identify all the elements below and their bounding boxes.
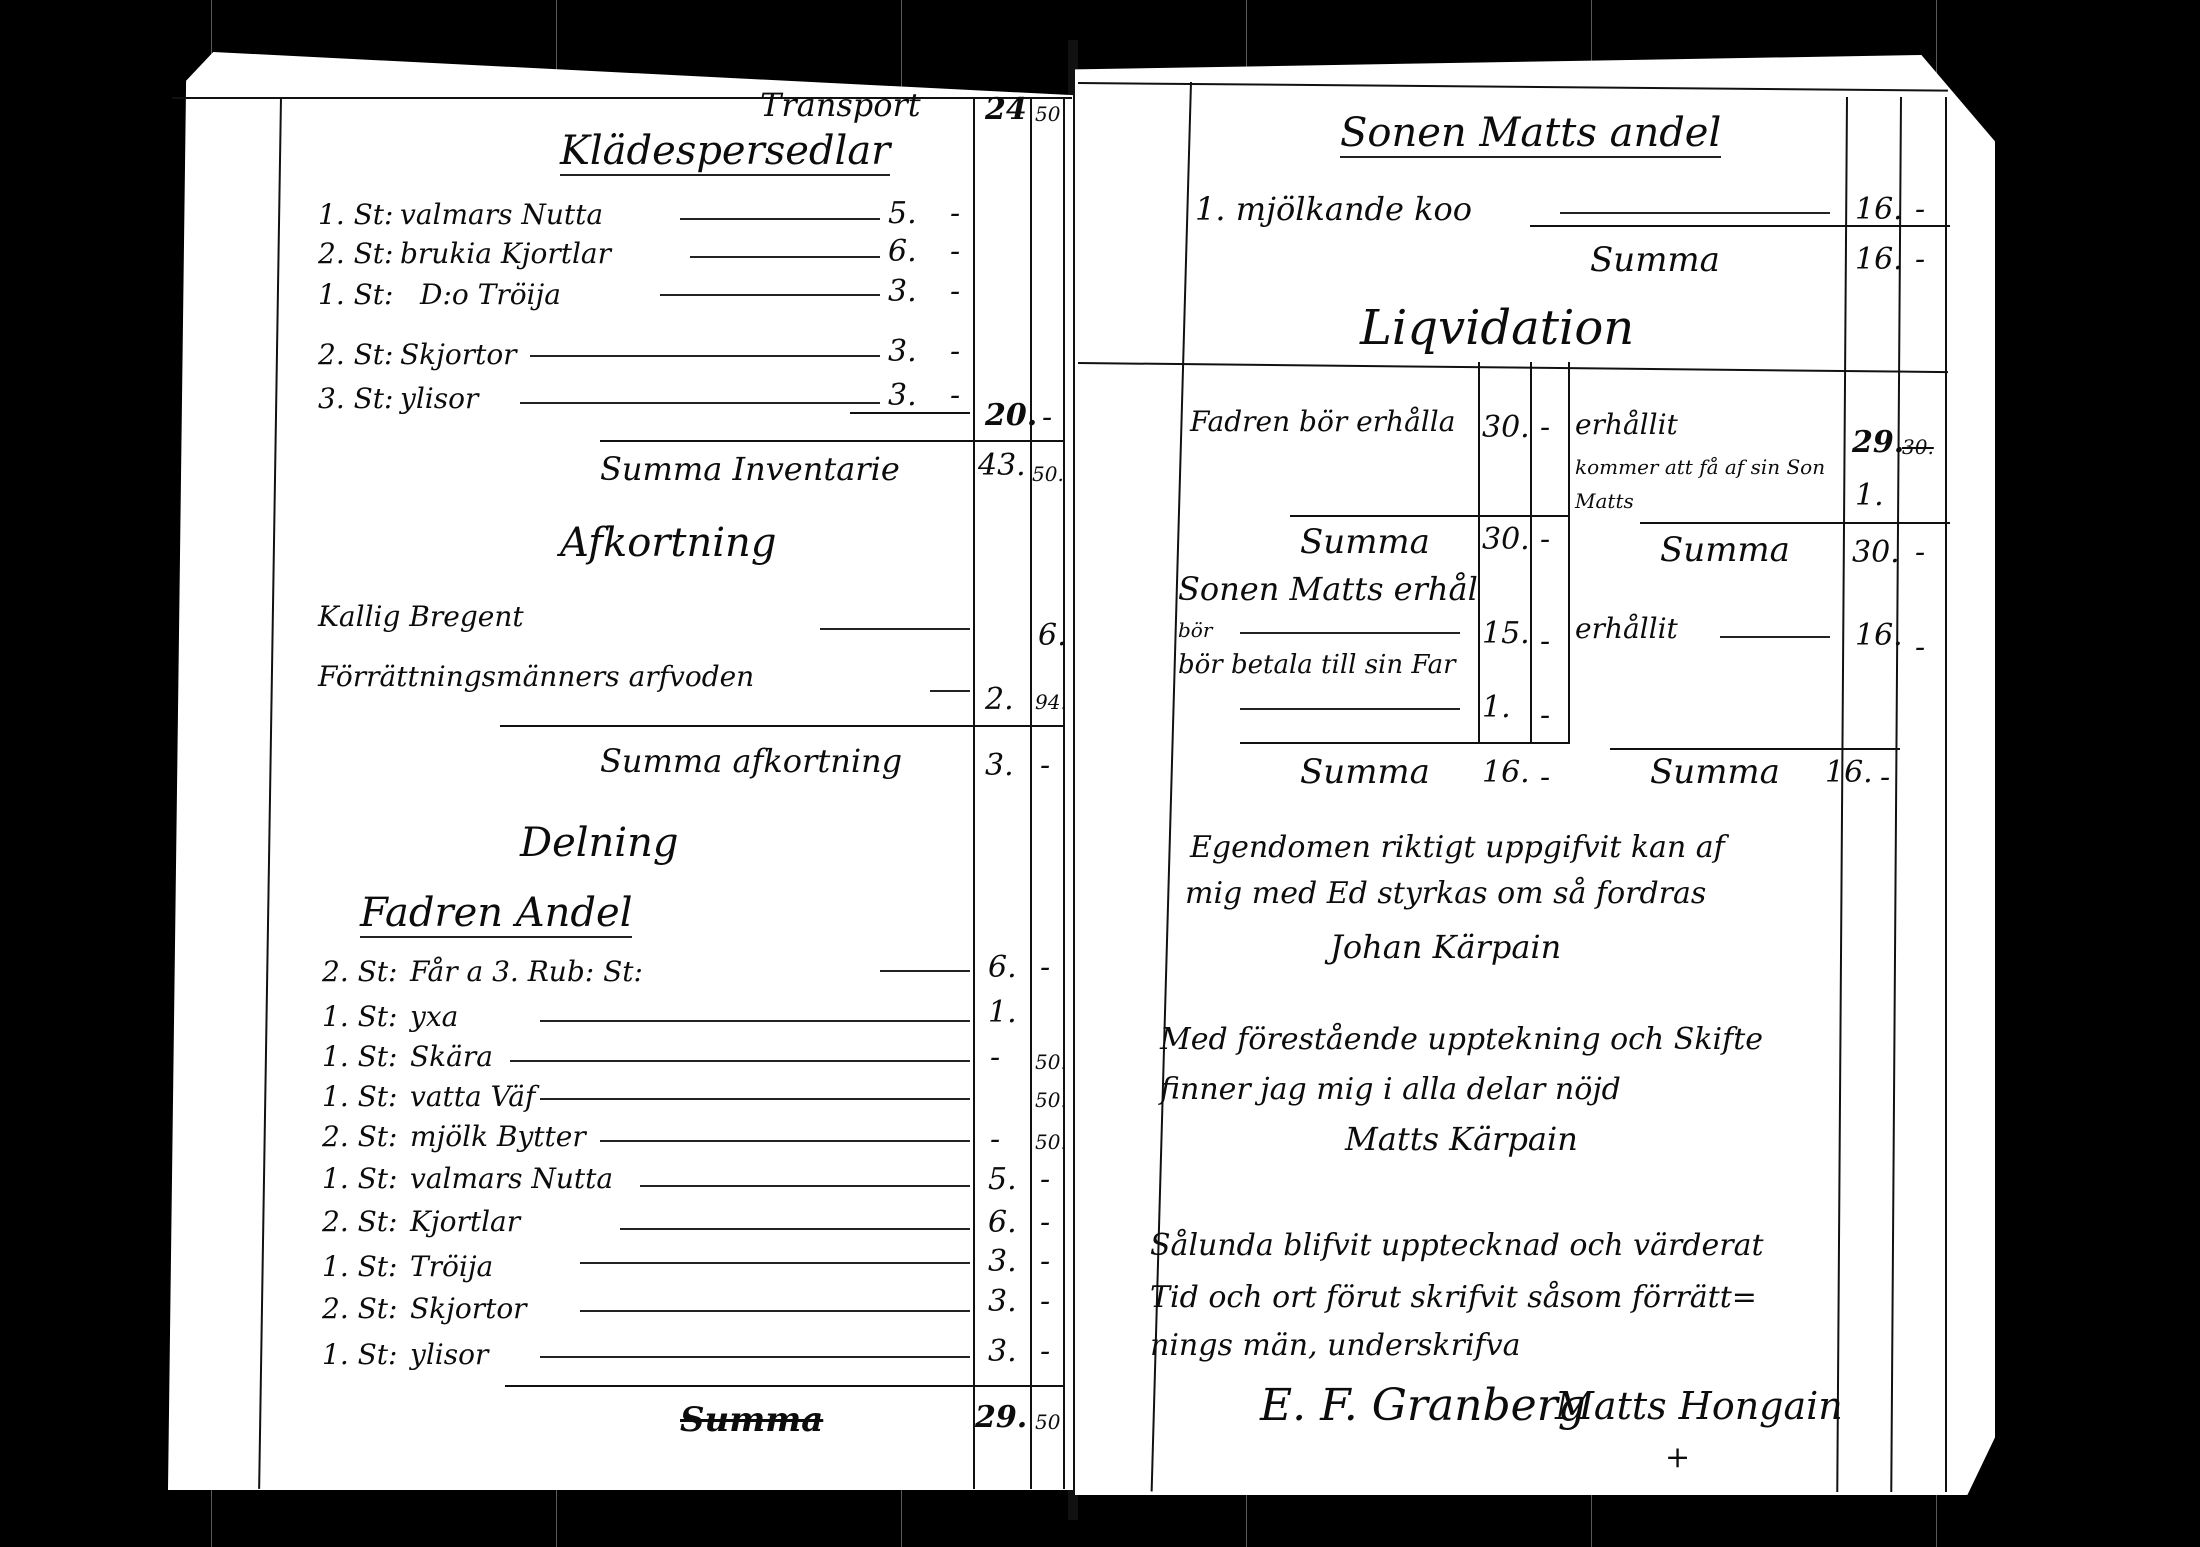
leader-line — [930, 690, 970, 692]
item-amount: - — [990, 1040, 1000, 1075]
son-should-label: bör — [1178, 618, 1212, 642]
item-fraction: 50. — [1035, 1050, 1067, 1074]
item-qty: 2. St: — [322, 1205, 397, 1238]
leader-line — [540, 1020, 970, 1022]
summa-afkortning-amount: 3. — [985, 748, 1014, 783]
signature-hongain: Matts Hongain — [1555, 1384, 1843, 1428]
leader-line — [1240, 632, 1460, 634]
son-left-total-label: Summa — [1300, 752, 1430, 792]
item-name: Tröija — [410, 1250, 493, 1283]
item-name: valmars Nutta — [410, 1162, 613, 1195]
father-will-get-from-son-amount: 1. — [1855, 478, 1884, 513]
leader-line — [600, 1140, 970, 1142]
item-amount: 1. — [988, 995, 1017, 1030]
son-right-total-fraction: - — [1880, 760, 1890, 795]
delning-total-label: Summa — [680, 1400, 823, 1440]
leader-line — [520, 402, 880, 404]
son-total-fraction: - — [1915, 242, 1925, 277]
liq-left-fraction-rule — [1530, 362, 1532, 742]
leader-line — [540, 1098, 970, 1100]
afkortning-total-rule — [500, 725, 1065, 727]
declaration-line: Med förestående upptekning och Skifte — [1160, 1022, 1763, 1057]
father-right-total-fraction: - — [1915, 535, 1925, 570]
item-qty: 1. St: — [318, 278, 393, 311]
item-qty: 1. St: — [322, 1000, 397, 1033]
liq-left-amount-rule — [1478, 362, 1480, 742]
section-title-kladespersedlar: Klädespersedlar — [560, 128, 890, 176]
leader-line — [660, 294, 880, 296]
item-fraction: - — [1040, 950, 1050, 985]
father-should-receive-fraction: - — [1540, 410, 1550, 445]
item-name: brukia Kjortlar — [400, 237, 611, 270]
father-left-total-amount: 30. — [1482, 522, 1530, 557]
father-received-label: erhållit — [1575, 408, 1678, 441]
item-name: yxa — [410, 1000, 458, 1033]
afkortning-item: Förrättningsmänners arfvoden — [318, 660, 754, 693]
father-should-receive-label: Fadren bör erhålla — [1190, 405, 1455, 438]
summa-afkortning-fraction: - — [1040, 748, 1050, 783]
leader-line — [880, 970, 970, 972]
leader-line — [640, 1185, 970, 1187]
son-total-amount: 16. — [1855, 242, 1903, 277]
signature-matts: Matts Kärpain — [1345, 1120, 1578, 1158]
son-left-total-amount: 16. — [1482, 755, 1530, 790]
summa-inventarie-label: Summa Inventarie — [600, 450, 900, 488]
item-fraction: - — [1040, 1162, 1050, 1197]
son-right-total-amount: 16. — [1825, 755, 1873, 790]
item-amount: 5. — [988, 1162, 1017, 1197]
declaration-line: Sålunda blifvit upptecknad och värderat — [1150, 1228, 1764, 1263]
inventarie-rule — [600, 440, 1065, 442]
son-should-amount: 15. — [1482, 616, 1530, 651]
item-name: Skjortor — [400, 338, 517, 371]
item-name: Kjortlar — [410, 1205, 520, 1238]
item-qty: 2. St: — [322, 1120, 397, 1153]
item-amount: 3. — [888, 378, 917, 413]
son-left-total-fraction: - — [1540, 760, 1550, 795]
left-amount-column-rule — [973, 97, 975, 1489]
delning-total-fraction: 50 — [1035, 1410, 1060, 1434]
son-should-fraction: - — [1540, 624, 1550, 659]
item-qty: 1. St: — [322, 1040, 397, 1073]
son-should-pay-father-amount: 1. — [1482, 690, 1511, 725]
declaration-line: finner jag mig i alla delar nöjd — [1160, 1072, 1621, 1107]
left-edge-column-rule — [1063, 97, 1065, 1489]
item-qty: 2. St: — [318, 237, 393, 270]
leader-line — [580, 1310, 970, 1312]
section-subtitle-fadren-andel: Fadren Andel — [360, 890, 632, 938]
item-amount: 3. — [988, 1284, 1017, 1319]
item-name: Skjortor — [410, 1292, 527, 1325]
item-fraction: - — [1040, 1205, 1050, 1240]
left-fraction-column-rule — [1030, 97, 1032, 1489]
afkortning-item-fraction: 94. — [1035, 690, 1067, 714]
liq-divider-rule — [1568, 362, 1570, 742]
delning-total-rule — [505, 1385, 1065, 1387]
item-name: mjölk Bytter — [410, 1120, 586, 1153]
son-received-label: erhållit — [1575, 612, 1678, 645]
section-title-delning: Delning — [520, 820, 678, 866]
son-liquidation-heading: Sonen Matts erhål — [1178, 570, 1478, 608]
item-qty: 2. St: — [322, 1292, 397, 1325]
item-fraction: - — [950, 234, 960, 269]
item-name: Får a 3. Rub: St: — [410, 955, 643, 988]
father-received-amount: 29. — [1852, 425, 1904, 460]
father-left-total-label: Summa — [1300, 522, 1430, 562]
item-name: vatta Väf — [410, 1080, 535, 1113]
son-received-amount: 16. — [1855, 618, 1903, 653]
kladespersedlar-subtotal: 20. — [985, 398, 1037, 433]
item-qty: 1. St: — [318, 198, 393, 231]
son-right-total-label: Summa — [1650, 752, 1780, 792]
leader-line — [820, 628, 970, 630]
item-name: D:o Tröija — [420, 278, 561, 311]
declaration-line: Tid och ort förut skrifvit såsom förrätt… — [1150, 1280, 1757, 1315]
item-amount: - — [990, 1122, 1000, 1157]
item-amount: 3. — [988, 1244, 1017, 1279]
transport-amount: 24 — [985, 92, 1027, 127]
leader-line — [530, 355, 880, 357]
item-amount: 6. — [888, 234, 917, 269]
item-qty: 1. St: — [322, 1338, 397, 1371]
kladespersedlar-subtotal-fraction: - — [1042, 400, 1052, 435]
leader-line — [510, 1060, 970, 1062]
item-qty: 2. St: — [322, 955, 397, 988]
father-will-get-from-son-label: kommer att få af sin Son Matts — [1575, 450, 1835, 518]
signature-mark: + — [1665, 1440, 1690, 1475]
leader-line — [1720, 636, 1830, 638]
father-right-total-label: Summa — [1660, 530, 1790, 570]
signature-johan: Johan Kärpain — [1330, 928, 1561, 966]
item-fraction: - — [950, 274, 960, 309]
item-name: valmars Nutta — [400, 198, 603, 231]
summa-afkortning-label: Summa afkortning — [600, 742, 902, 780]
leader-line — [1560, 212, 1830, 214]
item-qty: 1. St: — [322, 1162, 397, 1195]
item-qty: 1. St: — [322, 1080, 397, 1113]
declaration-line: mig med Ed styrkas om så fordras — [1185, 876, 1706, 911]
afkortning-item-amount: 2. — [985, 682, 1014, 717]
subtotal-rule — [850, 412, 970, 414]
son-item-amount: 16. — [1855, 192, 1903, 227]
father-right-total-amount: 30. — [1852, 535, 1900, 570]
item-fraction: - — [1040, 1244, 1050, 1279]
son-total-rule — [1530, 225, 1950, 227]
father-left-total-rule — [1290, 515, 1570, 517]
item-fraction: - — [1040, 1284, 1050, 1319]
leader-line — [580, 1262, 970, 1264]
item-qty: 2. St: — [318, 338, 393, 371]
afkortning-item-fraction: 6. — [1038, 618, 1067, 653]
delning-total-amount: 29. — [975, 1400, 1027, 1435]
father-should-receive-amount: 30. — [1482, 410, 1530, 445]
item-fraction: - — [950, 196, 960, 231]
son-item: 1. mjölkande koo — [1195, 190, 1472, 228]
item-amount: 5. — [888, 196, 917, 231]
leader-line — [620, 1228, 970, 1230]
item-fraction: 50. — [1035, 1130, 1067, 1154]
father-received-fraction: 30. — [1902, 435, 1934, 459]
summa-inventarie-fraction: 50. — [1032, 462, 1064, 486]
transport-label: Transport — [760, 86, 921, 124]
son-item-fraction: - — [1915, 192, 1925, 227]
item-fraction: 50. — [1035, 1088, 1067, 1112]
leader-line — [680, 218, 880, 220]
item-name: ylisor — [400, 382, 478, 415]
section-title-afkortning: Afkortning — [560, 520, 776, 566]
item-fraction: - — [950, 334, 960, 369]
leader-line — [1240, 708, 1460, 710]
summa-inventarie-amount: 43. — [978, 448, 1026, 483]
leader-line — [690, 256, 880, 258]
item-fraction: - — [950, 378, 960, 413]
declaration-line: nings män, underskrifva — [1150, 1328, 1521, 1363]
son-should-pay-father-label: bör betala till sin Far — [1178, 650, 1456, 680]
right-edge-column-rule — [1945, 97, 1947, 1492]
section-title-son-share: Sonen Matts andel — [1340, 110, 1721, 158]
son-right-total-rule — [1610, 748, 1900, 750]
item-amount: 3. — [888, 274, 917, 309]
afkortning-item: Kallig Bregent — [318, 600, 524, 633]
declaration-line: Egendomen riktigt uppgifvit kan af — [1190, 830, 1725, 865]
son-received-fraction: - — [1915, 630, 1925, 665]
father-left-total-fraction: - — [1540, 522, 1550, 557]
item-name: Skära — [410, 1040, 493, 1073]
item-qty: 3. St: — [318, 382, 393, 415]
item-amount: 6. — [988, 1205, 1017, 1240]
transport-fraction: 50 — [1035, 102, 1060, 126]
leader-line — [540, 1356, 970, 1358]
signature-granberg: E. F. Granberg — [1260, 1380, 1586, 1431]
item-amount: 6. — [988, 950, 1017, 985]
father-right-total-rule — [1640, 522, 1950, 524]
son-should-pay-father-fraction: - — [1540, 698, 1550, 733]
item-name: ylisor — [410, 1338, 488, 1371]
left-top-rule — [172, 97, 1072, 99]
item-amount: 3. — [988, 1334, 1017, 1369]
item-amount: 3. — [888, 334, 917, 369]
item-fraction: - — [1040, 1334, 1050, 1369]
son-total-label: Summa — [1590, 240, 1720, 280]
section-title-liquidation: Liqvidation — [1360, 300, 1634, 356]
son-left-total-rule — [1240, 742, 1570, 744]
item-qty: 1. St: — [322, 1250, 397, 1283]
